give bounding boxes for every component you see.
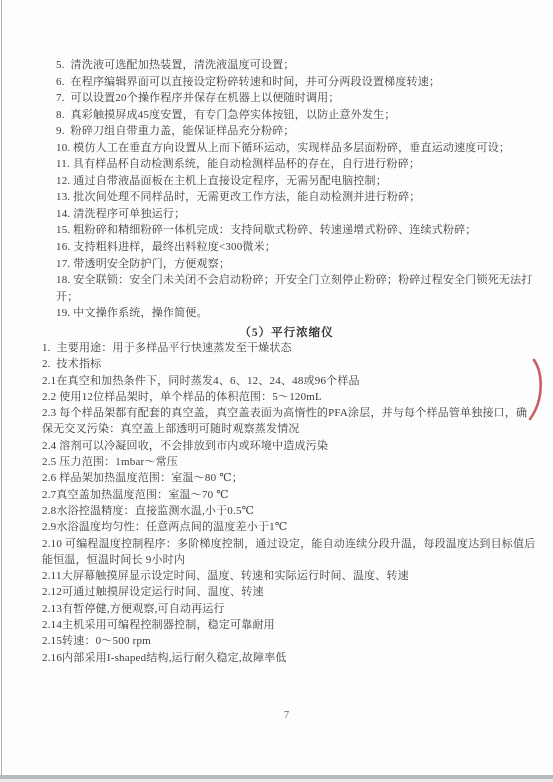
list-item: 17. 带透明安全防护门，方便观察；	[56, 256, 548, 273]
list-item: 8. 真彩触摸屏成45度安置，有专门急停实体按钮，以防止意外发生；	[56, 107, 548, 124]
list-item: 7. 可以设置20个操作程序并保存在机器上以便随时调用；	[56, 90, 548, 107]
list-item: 19. 中文操作系统，操作简便。	[56, 305, 548, 322]
list-item: 12. 通过自带液晶面板在主机上直接设定程序，无需另配电脑控制；	[56, 173, 548, 190]
document-page: 5. 清洗液可选配加热装置，清洗液温度可设置； 6. 在程序编辑界面可以直接设定…	[0, 0, 553, 782]
list-item: 2.10 可编程温度控制程序：多阶梯度控制，通过设定，能自动连续分段升温，每段温…	[42, 536, 536, 569]
list-item: 10. 模仿人工在垂直方向设置从上而下循环运动，实现样品多层面粉碎，垂直运动速度…	[56, 140, 548, 157]
list-item: 2.5 压力范围：1mbar～常压	[42, 454, 536, 470]
list-item: 5. 清洗液可选配加热装置，清洗液温度可设置；	[56, 57, 548, 74]
list-item: 11. 具有样品杯自动检测系统，能自动检测样品杯的存在，自行进行粉碎；	[56, 156, 548, 173]
list-item: 2. 技术指标	[42, 356, 536, 372]
page-number: 7	[10, 710, 553, 721]
list-item: 2.4 溶剂可以冷凝回收，不会排放到市内或环境中造成污染	[42, 438, 536, 454]
list-item: 2.6 样品架加热温度范围：室温～80 ℃；	[42, 470, 536, 486]
list-item: 6. 在程序编辑界面可以直接设定粉碎转速和时间，并可分两段设置梯度转速；	[56, 74, 548, 91]
list-item: 18. 安全联锁：安全门未关闭不会启动粉碎；开安全门立刻停止粉碎；粉碎过程安全门…	[56, 272, 548, 305]
list-item: 2.3 每个样品架都有配套的真空盖，真空盖表面为高惰性的PFA涂层，并与每个样品…	[42, 405, 536, 438]
list-item: 2.2 使用12位样品架时，单个样品的体积范围：5～120mL	[42, 389, 536, 405]
list-item: 2.9水浴温度均匀性：任意两点间的温度差小于1℃	[42, 519, 536, 535]
list-item: 2.1在真空和加热条件下，同时蒸发4、6、12、24、48或96个样品	[42, 373, 536, 389]
scan-edge-left	[1, 0, 2, 776]
concentrator-spec-list: 1. 主要用途：用于多样品平行快速蒸发至干燥状态 2. 技术指标 2.1在真空和…	[42, 340, 536, 666]
list-item: 2.13有暂停健,方便观察,可自动再运行	[42, 601, 536, 617]
list-item: 13. 批次间处理不同样品时，无需更改工作方法，能自动检测并进行粉碎；	[56, 189, 548, 206]
list-item: 2.16内部采用I-shaped结构,运行耐久稳定,故障率低	[42, 650, 536, 666]
list-item: 2.7真空盖加热温度范围：室温～70 ℃	[42, 487, 536, 503]
list-item: 1. 主要用途：用于多样品平行快速蒸发至干燥状态	[42, 340, 536, 356]
list-item: 14. 清洗程序可单独运行；	[56, 206, 548, 223]
list-item: 2.11大屏幕触摸屏显示设定时间、温度、转速和实际运行时间、温度、转速	[42, 568, 536, 584]
list-item: 2.14主机采用可编程控制器控制，稳定可靠耐用	[42, 617, 536, 633]
list-item: 15. 粗粉碎和精细粉碎一体机完成：支持间歇式粉碎、转速递增式粉碎、连续式粉碎；	[56, 222, 548, 239]
list-item: 16. 支持粗料进样，最终出料粒度<300微米；	[56, 239, 548, 256]
list-item: 9. 粉碎刀组自带重力盖，能保证样品充分粉碎；	[56, 123, 548, 140]
list-item: 2.12可通过触摸屏设定运行时间、温度、转速	[42, 584, 536, 600]
list-item: 2.8水浴控温精度：直接监测水温,小于0.5℃	[42, 503, 536, 519]
list-item: 2.15转速：0～500 rpm	[42, 633, 536, 649]
section-heading: （5）平行浓缩仪	[10, 324, 553, 340]
grinder-spec-list: 5. 清洗液可选配加热装置，清洗液温度可设置； 6. 在程序编辑界面可以直接设定…	[56, 57, 548, 322]
